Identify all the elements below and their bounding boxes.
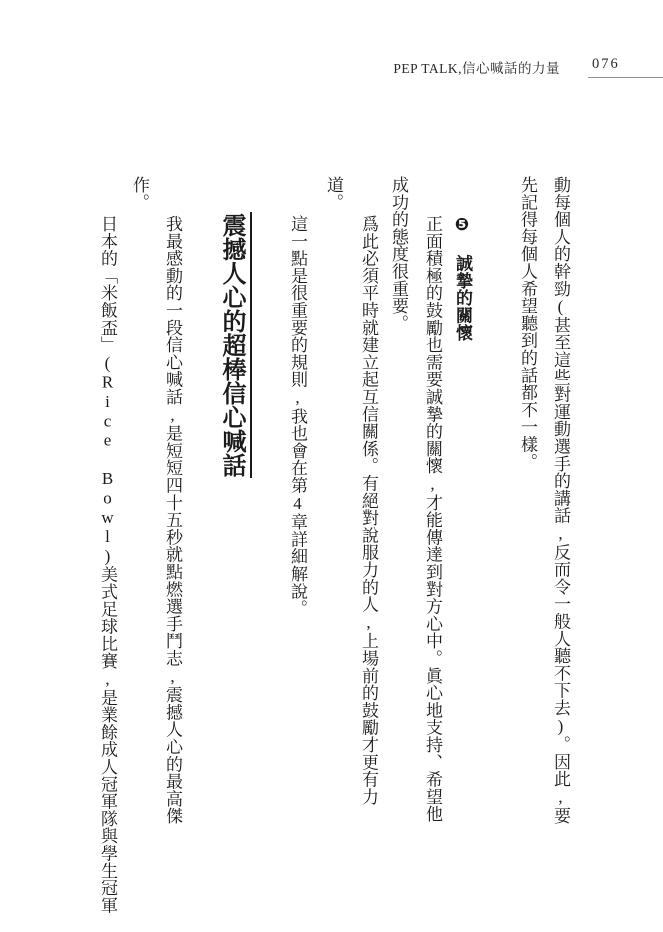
page-number: 076 xyxy=(592,56,620,73)
header-rule xyxy=(588,77,663,78)
text-column: 日本的「米飯盃」(Rice Bowl)美式足球比賽,是業餘成人冠軍隊與學生冠軍 xyxy=(90,176,124,836)
book-page: PEP TALK,信心喊話的力量 076 動每個人的幹勁(甚至這些對運動選手的講… xyxy=(0,0,663,932)
text-column: 這一點是很重要的規則,我也會在第4章詳細解說。 xyxy=(280,176,314,836)
text-column: 爲此必須平時就建立起互信關係。有絕對說服力的人,上場前的鼓勵才更有力 xyxy=(351,176,385,836)
section-heading: 震撼人心的超棒信心喊話 xyxy=(211,213,251,813)
numbered-subheading: ❺ 誠摯的關懷 xyxy=(445,176,479,836)
section-heading-rule xyxy=(250,212,252,478)
text-column: 作。 xyxy=(122,176,156,836)
text-column: 先記得每個人希望聽到的話都不一樣。 xyxy=(510,176,544,836)
running-header-title: PEP TALK,信心喊話的力量 xyxy=(393,57,560,77)
text-column-continuation: 動每個人的幹勁(甚至這些對運動選手的講話,反而令一般人聽不下去)。因此,要 xyxy=(543,176,577,836)
text-column: 成功的態度很重要。 xyxy=(381,176,415,836)
text-column: 正面積極的鼓勵也需要誠摯的關懷,才能傳達到對方心中。眞心地支持、希望他 xyxy=(415,176,449,836)
text-column: 道。 xyxy=(316,176,350,836)
text-column: 我最感動的一段信心喊話,是短短四十五秒就點燃選手鬥志,震撼人心的最高傑 xyxy=(155,176,189,836)
